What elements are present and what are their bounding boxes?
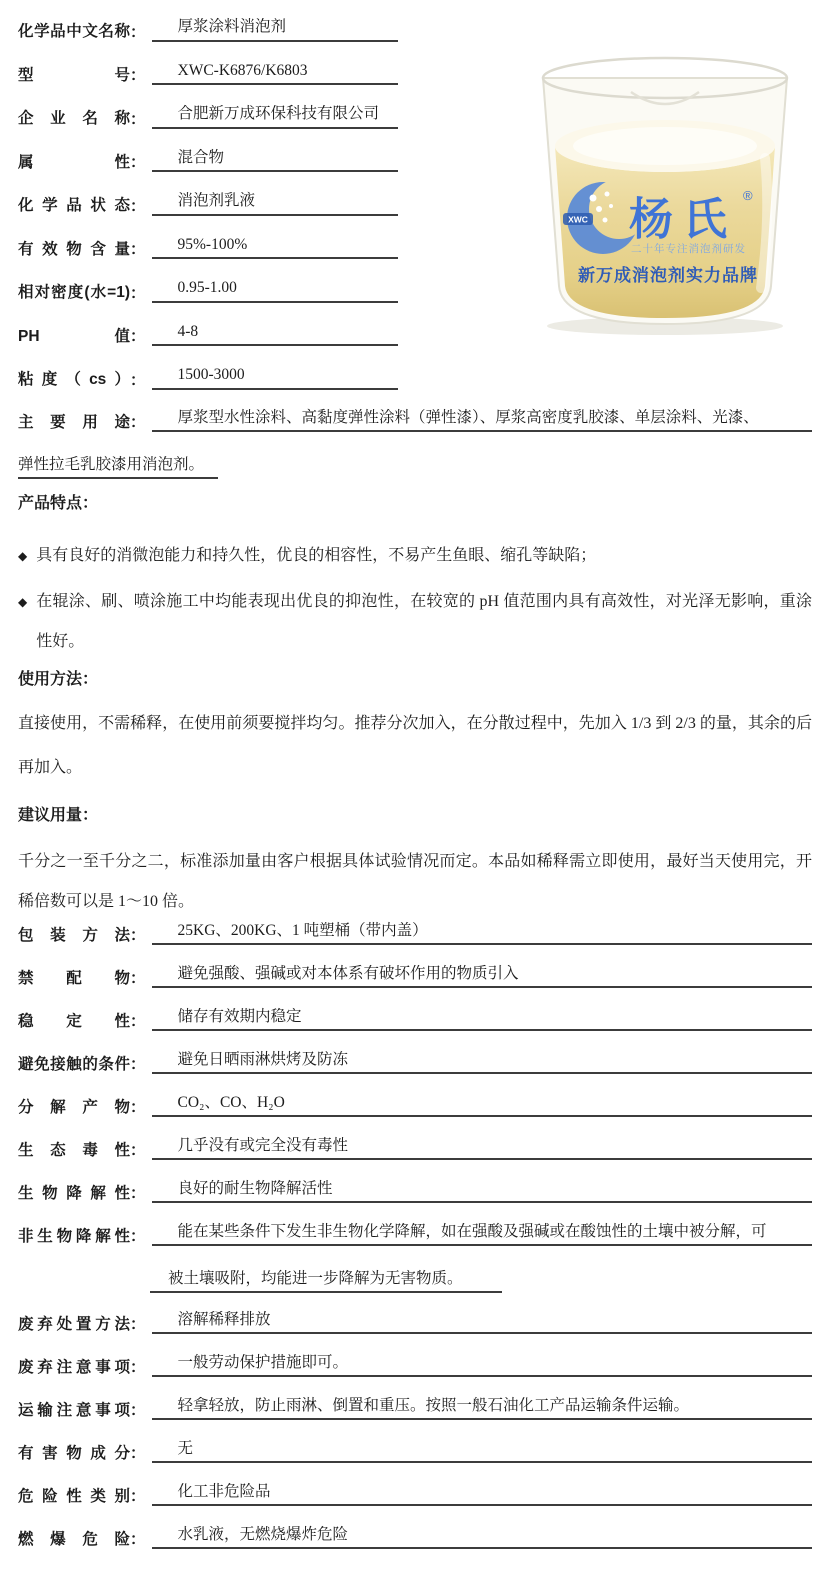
field-value-underlined: 良好的耐生物降解活性 xyxy=(152,1179,812,1203)
field-value-underlined: 混合物 xyxy=(152,148,398,172)
glass-highlight xyxy=(761,158,767,288)
feature-bullet-1: ◆ 具有良好的消微泡能力和持久性，优良的相容性，不易产生鱼眼、缩孔等缺陷； xyxy=(18,536,812,576)
field-row: 废弃处置方法 ： 溶解稀释排放 xyxy=(18,1293,812,1336)
field-value-underlined: 0.95-1.00 xyxy=(152,278,398,302)
logo-dot xyxy=(596,206,602,212)
diamond-bullet-icon: ◆ xyxy=(18,582,27,662)
field-label: 生物降解性 xyxy=(18,1184,130,1203)
logo-dot xyxy=(609,204,613,208)
field-label: 生态毒性 xyxy=(18,1141,130,1160)
beaker-illustration: XWC 杨氏 ® 二十年专注消泡剂研发 新万成消泡剂实力品牌 xyxy=(515,48,815,338)
field-colon: ： xyxy=(130,1355,146,1377)
field-label: 运输注意事项 xyxy=(18,1401,130,1420)
field-colon: ： xyxy=(130,923,146,945)
field-value-underlined: 几乎没有或完全没有毒性 xyxy=(152,1136,812,1160)
field-colon: ： xyxy=(130,1181,146,1203)
field-row: 包装方法 ： 25KG、200KG、1 吨塑桶（带内盖） xyxy=(18,904,812,947)
brand-name-text: 杨氏 xyxy=(629,195,737,244)
field-row: 有害物成分 ： 无 xyxy=(18,1422,812,1465)
field-value-underlined: 能在某些条件下发生非生物化学降解，如在强酸及强碱或在酸蚀性的土壤中被分解，可 xyxy=(152,1222,812,1246)
field-colon: ： xyxy=(130,1484,146,1506)
logo-dot xyxy=(605,192,610,197)
field-colon: ： xyxy=(130,1441,146,1463)
logo-dot xyxy=(590,195,597,202)
field-value-line2: 弹性拉毛乳胶漆用消泡剂。 xyxy=(18,434,218,479)
field-row: 生态毒性 ： 几乎没有或完全没有毒性 xyxy=(18,1119,812,1162)
field-row: 避免接触的条件 ： 避免日晒雨淋烘烤及防冻 xyxy=(18,1033,812,1076)
field-colon: ： xyxy=(130,1224,146,1246)
field-colon: ： xyxy=(130,150,146,172)
field-colon: ： xyxy=(130,410,146,432)
field-colon: ： xyxy=(130,966,146,988)
method-paragraph: 直接使用，不需稀释，在使用前须要搅拌均匀。推荐分次加入，在分散过程中，先加入 1… xyxy=(18,702,812,790)
field-row: 分解产物 ： CO₂、CO、H₂O xyxy=(18,1076,812,1119)
field-row: 非生物降解性 ： 能在某些条件下发生非生物化学降解，如在强酸及强碱或在酸蚀性的土… xyxy=(18,1205,812,1293)
field-label: 避免接触的条件 xyxy=(18,1055,130,1074)
features-heading: 产品特点： xyxy=(18,490,812,513)
field-value-underlined: CO₂、CO、H₂O xyxy=(152,1093,812,1117)
field-colon: ： xyxy=(130,237,146,259)
field-label: 化学品中文名称 xyxy=(18,22,130,41)
field-label: 危险性类别 xyxy=(18,1487,130,1506)
feature-bullet-text: 具有良好的消微泡能力和持久性，优良的相容性，不易产生鱼眼、缩孔等缺陷； xyxy=(36,536,596,576)
main-usage-section: 主要用途 ： 厚浆型水性涂料、高黏度弹性涂料（弹性漆）、厚浆高密度乳胶漆、单层涂… xyxy=(18,391,812,479)
field-colon: ： xyxy=(130,1527,146,1549)
field-value-underlined: 合肥新万成环保科技有限公司 xyxy=(152,104,398,128)
field-label: 有害物成分 xyxy=(18,1444,130,1463)
field-row: 废弃注意事项 ： 一般劳动保护措施即可。 xyxy=(18,1336,812,1379)
logo-dot xyxy=(603,218,608,223)
field-colon: ： xyxy=(130,194,146,216)
registered-trademark-icon: ® xyxy=(743,188,753,203)
liquid-surface-highlight xyxy=(573,127,757,165)
field-row: 禁配物 ： 避免强酸、强碱或对本体系有破坏作用的物质引入 xyxy=(18,947,812,990)
field-value-underlined: 水乳液，无燃烧爆炸危险 xyxy=(152,1525,812,1549)
field-label: 型号 xyxy=(18,66,130,85)
field-value-underlined: 避免强酸、强碱或对本体系有破坏作用的物质引入 xyxy=(152,964,812,988)
field-row: 生物降解性 ： 良好的耐生物降解活性 xyxy=(18,1162,812,1205)
field-label: 分解产物 xyxy=(18,1098,130,1117)
field-value-underlined: 避免日晒雨淋烘烤及防冻 xyxy=(152,1050,812,1074)
method-heading: 使用方法： xyxy=(18,666,812,689)
field-label: 有效物含量 xyxy=(18,240,130,259)
field-row: 化学品中文名称 ： 厚浆涂料消泡剂 xyxy=(18,0,812,44)
field-value-underlined: 1500-3000 xyxy=(152,365,398,389)
field-label: 属性 xyxy=(18,153,130,172)
field-label: 燃爆危险 xyxy=(18,1530,130,1549)
brand-tagline-text: 二十年专注消泡剂研发 xyxy=(631,242,746,255)
field-value-line2: 被土壤吸附，均能进一步降解为无害物质。 xyxy=(150,1248,502,1293)
field-colon: ： xyxy=(130,368,146,390)
field-row: 燃爆危险 ： 水乳液，无燃烧爆炸危险 xyxy=(18,1508,812,1551)
field-label: 禁配物 xyxy=(18,969,130,988)
feature-bullet-text: 在辊涂、刷、喷涂施工中均能表现出优良的抑泡性，在较宽的 pH 值范围内具有高效性… xyxy=(36,582,812,662)
field-value-underlined: 化工非危险品 xyxy=(152,1482,812,1506)
field-label: 化学品状态 xyxy=(18,196,130,215)
field-row: 运输注意事项 ： 轻拿轻放，防止雨淋、倒置和重压。按照一般石油化工产品运输条件运… xyxy=(18,1379,812,1422)
diamond-bullet-icon: ◆ xyxy=(18,536,27,576)
field-colon: ： xyxy=(130,1138,146,1160)
field-label: PH值 xyxy=(18,327,130,346)
field-colon: ： xyxy=(130,63,146,85)
document-page: { "colon": "：", "bullet_char": "◆", "col… xyxy=(0,0,830,1584)
field-label: 稳定性 xyxy=(18,1012,130,1031)
bottom-fields-section: 包装方法 ： 25KG、200KG、1 吨塑桶（带内盖） 禁配物 ： 避免强酸、… xyxy=(18,904,812,1551)
field-value-underlined: 溶解稀释排放 xyxy=(152,1310,812,1334)
field-value-underlined: XWC-K6876/K6803 xyxy=(152,61,398,85)
brand-slogan-text: 新万成消泡剂实力品牌 xyxy=(578,265,758,285)
field-value-underlined: 厚浆涂料消泡剂 xyxy=(152,17,398,41)
field-label: 主要用途 xyxy=(18,413,130,432)
dosage-heading: 建议用量： xyxy=(18,802,812,825)
field-colon: ： xyxy=(130,107,146,129)
field-colon: ： xyxy=(130,1312,146,1334)
product-photo-beaker: XWC 杨氏 ® 二十年专注消泡剂研发 新万成消泡剂实力品牌 xyxy=(515,48,815,338)
feature-bullet-2: ◆ 在辊涂、刷、喷涂施工中均能表现出优良的抑泡性，在较宽的 pH 值范围内具有高… xyxy=(18,582,812,662)
field-row: 主要用途 ： 厚浆型水性涂料、高黏度弹性涂料（弹性漆）、厚浆高密度乳胶漆、单层涂… xyxy=(18,391,812,479)
field-label: 非生物降解性 xyxy=(18,1227,130,1246)
field-label: 企业名称 xyxy=(18,109,130,128)
field-value-underlined: 消泡剂乳液 xyxy=(152,191,398,215)
field-colon: ： xyxy=(130,1052,146,1074)
field-row: 粘度（cs） ： 1500-3000 xyxy=(18,348,812,392)
field-colon: ： xyxy=(130,1095,146,1117)
field-value-underlined: 4-8 xyxy=(152,322,398,346)
field-value-underlined: 25KG、200KG、1 吨塑桶（带内盖） xyxy=(152,921,812,945)
field-colon: ： xyxy=(130,324,146,346)
field-value-underlined: 储存有效期内稳定 xyxy=(152,1007,812,1031)
field-label: 包装方法 xyxy=(18,926,130,945)
field-colon: ： xyxy=(130,1398,146,1420)
field-value-underlined: 厚浆型水性涂料、高黏度弹性涂料（弹性漆）、厚浆高密度乳胶漆、单层涂料、光漆、 xyxy=(152,408,812,432)
field-row: 稳定性 ： 储存有效期内稳定 xyxy=(18,990,812,1033)
field-label: 粘度（cs） xyxy=(18,370,130,389)
field-label: 相对密度(水=1) xyxy=(18,283,130,302)
field-label: 废弃注意事项 xyxy=(18,1358,130,1377)
field-label: 废弃处置方法 xyxy=(18,1315,130,1334)
field-value-underlined: 轻拿轻放，防止雨淋、倒置和重压。按照一般石油化工产品运输条件运输。 xyxy=(152,1396,812,1420)
xwc-badge-label: XWC xyxy=(568,215,588,225)
field-value-underlined: 95%-100% xyxy=(152,235,398,259)
field-colon: ： xyxy=(130,1009,146,1031)
field-colon: ： xyxy=(130,20,146,42)
field-row: 危险性类别 ： 化工非危险品 xyxy=(18,1465,812,1508)
field-value-underlined: 无 xyxy=(152,1439,812,1463)
field-value-underlined: 一般劳动保护措施即可。 xyxy=(152,1353,812,1377)
field-colon: ： xyxy=(130,281,146,303)
